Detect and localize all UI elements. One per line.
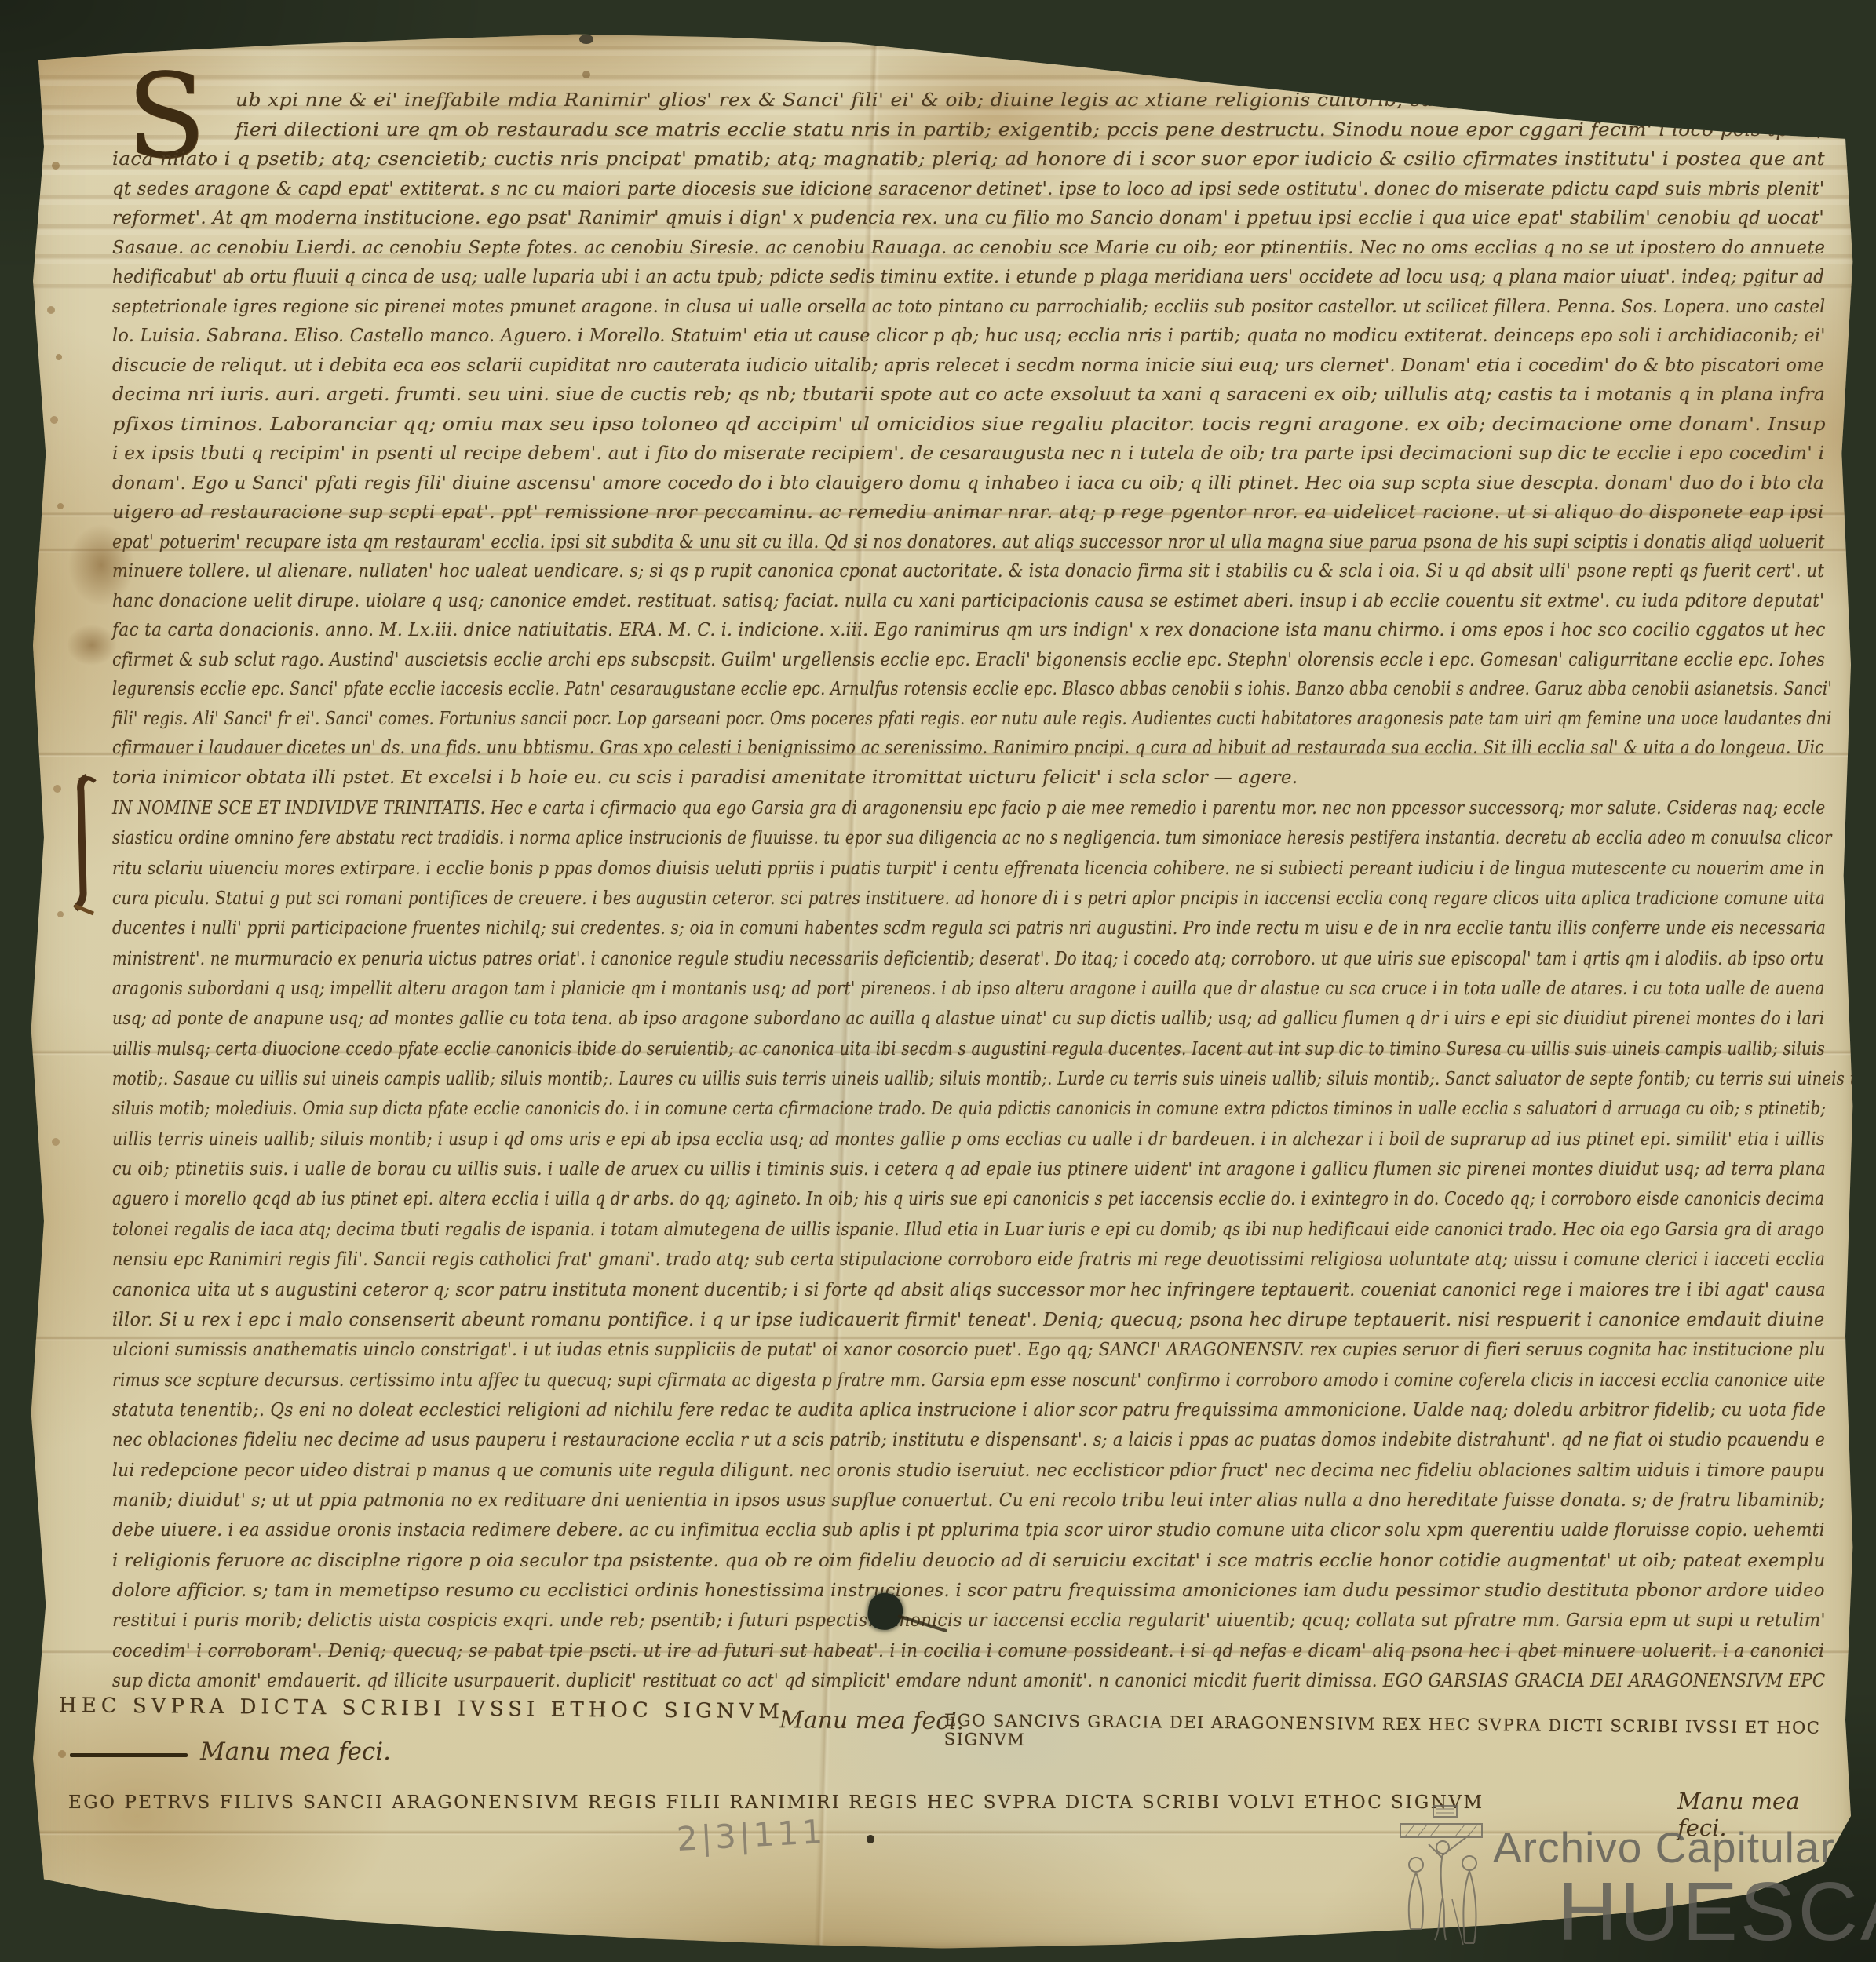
charter-body-ramiro: ub xpi nne & ei' ineffabile mdia Ranimir… <box>112 86 1825 793</box>
signature-garsias-caps: HEC SVPRA DICTA SCRIBI IVSSI ETHOC SIGNV… <box>59 1694 784 1723</box>
manuscript-text-line: fac ta carta donacionis. anno. M. Lx.iii… <box>112 616 1825 646</box>
manuscript-text-line: aragonis subordani q usq; impellit alter… <box>112 974 1825 1004</box>
manuscript-text-line: Sasaue. ac cenobiu Lierdi. ac cenobiu Se… <box>112 234 1825 264</box>
ink-stain <box>68 524 134 606</box>
manuscript-text-line: qt sedes aragone & capd epat' extiterat.… <box>112 175 1825 205</box>
manuscript-text-line: i ex ipsis tbuti q recipim' in psenti ul… <box>112 439 1825 469</box>
manuscript-text-line: uillis terris uineis uallib; siluis mont… <box>112 1125 1825 1154</box>
manuscript-text-line: decima nri iuris. auri. argeti. frumti. … <box>112 381 1825 410</box>
manuscript-text-line: lui redepcione pecor uideo distrai p man… <box>112 1456 1825 1486</box>
manuscript-text-line: dolore afficior. s; tam in memetipso res… <box>112 1576 1825 1606</box>
signature-petrus-caps: EGO PETRVS FILIVS SANCII ARAGONENSIVM RE… <box>68 1792 1484 1813</box>
parchment-nick <box>579 35 593 44</box>
archive-watermark-line2: HUESCA <box>1557 1865 1876 1960</box>
manuscript-text-line: hanc donacione uelit dirupe. uiolare q u… <box>112 587 1825 617</box>
manuscript-text-line: rimus sce scpture decursus. certissimo i… <box>112 1366 1825 1395</box>
manuscript-text-line: sup dicta amonit' emdauerit. qd illicite… <box>112 1666 1825 1696</box>
manuscript-text-line: manib; diuidut' s; ut ut ppia patmonia n… <box>112 1486 1825 1515</box>
manuscript-text-line: fili' regis. Ali' Sanci' fr ei'. Sanci' … <box>112 705 1825 735</box>
crucifixion-icon <box>1397 1803 1487 1957</box>
manuscript-text-line: discucie de reliqut. ut i debita eca eos… <box>112 352 1825 381</box>
manuscript-text-line: ministrent'. ne murmuracio ex penuria ui… <box>112 944 1825 974</box>
manuscript-text-line: uillis mulsq; certa diuocione ccedo pfat… <box>112 1034 1825 1064</box>
charter-body-garsias: IN NOMINE SCE ET INDIVIDVE TRINITATIS. H… <box>112 793 1825 1696</box>
manuscript-text-line: statuta tenentib;. Qs eni no doleat eccl… <box>112 1395 1825 1425</box>
manuscript-text-line: canonica uita ut s augustini ceteror q; … <box>112 1275 1825 1305</box>
manuscript-text-line: restitui i puris morib; delictis uista c… <box>112 1606 1825 1636</box>
shelfmark-pencil: 2|3|111 <box>676 1812 827 1858</box>
margin-specks <box>0 0 5 5</box>
manuscript-text-line: aguero i morello qcqd ab ius ptinet epi.… <box>112 1184 1825 1214</box>
manuscript-text-line: i religionis feruore ac disciplne rigore… <box>112 1546 1825 1576</box>
manuscript-text-line: cfirmauer i laudauer dicetes un' ds. una… <box>112 734 1825 764</box>
illuminated-initial-i <box>71 774 98 921</box>
manuscript-text-line: cfirmet & sub sclut rago. Austind' ausci… <box>112 646 1825 676</box>
manuscript-text-line: iaca niiato i q psetib; atq; csencietib;… <box>112 145 1825 175</box>
manuscript-text-line: siasticu ordine omnino fere abstatu rect… <box>112 823 1825 853</box>
ink-stain <box>67 625 117 666</box>
manuscript-text-line: donam'. Ego u Sanci' pfati regis fili' d… <box>112 469 1825 499</box>
manuscript-text-line: minuere tollere. ul alienare. nullaten' … <box>112 557 1825 587</box>
royal-signature-row-2: Manu mea feci. <box>59 1736 1825 1771</box>
manuscript-text-line: siluis motib; molediuis. Omia sup dicta … <box>112 1094 1825 1124</box>
manuscript-text-line: tolonei regalis de iaca atq; decima tbut… <box>112 1215 1825 1245</box>
manuscript-text-line: epat' potuerim' recupare ista qm restaur… <box>112 528 1825 558</box>
parchment-hole-small <box>867 1835 874 1843</box>
royal-signature-row-3: EGO PETRVS FILIVS SANCII ARAGONENSIVM RE… <box>59 1788 1825 1827</box>
signature-stroke <box>70 1753 188 1757</box>
manuscript-text-line: uigero ad restauracione sup scpti epat'.… <box>112 498 1825 528</box>
manuscript-text-line: usq; ad ponte de anapune usq; ad montes … <box>112 1004 1825 1034</box>
manuscript-text-line: fieri dilectioni ure qm ob restauradu sc… <box>112 116 1825 146</box>
manuscript-text-line: pfixos timinos. Laboranciar qq; omiu max… <box>112 410 1825 440</box>
manuscript-text-line: cura piculu. Statui g put sci romani pon… <box>112 884 1825 914</box>
signature-manu-mea-2: Manu mea feci. <box>200 1738 391 1766</box>
charter-parchment: S ub xpi nne & ei' ineffabile mdia Ranim… <box>27 31 1856 1950</box>
manuscript-text-line: motib;. Sasaue cu uillis sui uineis camp… <box>112 1064 1825 1094</box>
manuscript-text-line: legurensis ecclie epc. Sanci' pfate eccl… <box>112 675 1825 705</box>
manuscript-text-line: hedificabut' ab ortu fluuii q cinca de u… <box>112 263 1825 293</box>
manuscript-text-line: lo. Luisia. Sabrana. Eliso. Castello man… <box>112 322 1825 352</box>
manuscript-text-line: toria inimicor obtata illi pstet. Et exc… <box>112 764 1825 793</box>
signature-manu-mea-1: Manu mea feci. <box>779 1706 964 1735</box>
manuscript-text-line: illor. Si u rex i epc i malo consenserit… <box>112 1305 1825 1335</box>
manuscript-text-line: septetrionale igres regione sic pirenei … <box>112 293 1825 323</box>
manuscript-text-line: nensiu epc Ranimiri regis fili'. Sancii … <box>112 1245 1825 1275</box>
manuscript-text-line: cu oib; ptinetiis suis. i ualle de borau… <box>112 1154 1825 1184</box>
manuscript-text-line: ulcioni sumissis anathematis uinclo cons… <box>112 1335 1825 1365</box>
manuscript-text-line: IN NOMINE SCE ET INDIVIDVE TRINITATIS. H… <box>112 793 1825 823</box>
manuscript-text-line: cocedim' i corroboram'. Deniq; quecuq; s… <box>112 1636 1825 1666</box>
manuscript-text-line: ub xpi nne & ei' ineffabile mdia Ranimir… <box>112 86 1825 116</box>
manuscript-text-line: reformet'. At qm moderna institucione. e… <box>112 204 1825 234</box>
manuscript-text-line: ritu sclariu uiuenciu mores extirpare. i… <box>112 854 1825 884</box>
manuscript-text-line: ducentes i nulli' pprii participacione f… <box>112 914 1825 943</box>
manuscript-text-line: nec oblaciones fideliu nec decime ad usu… <box>112 1425 1825 1455</box>
manuscript-text-line: debe uiuere. i ea assidue oronis instaci… <box>112 1515 1825 1545</box>
